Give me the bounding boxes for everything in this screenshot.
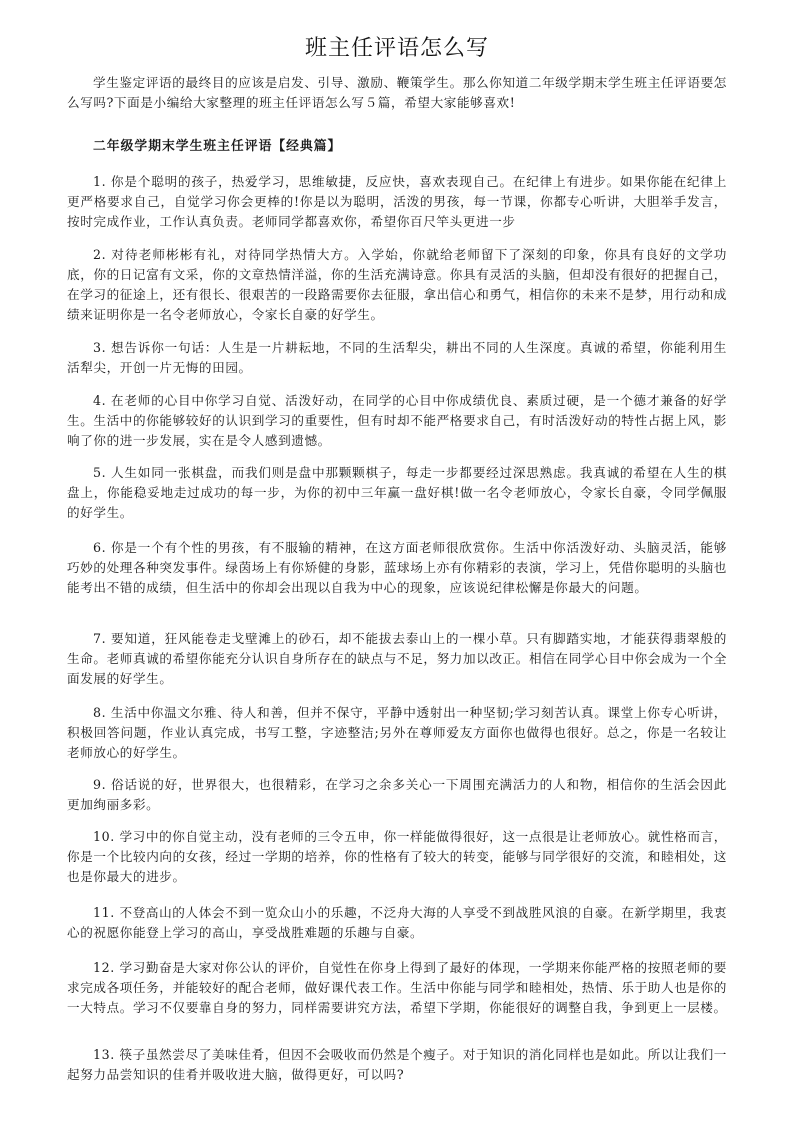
comment-item-3: 3. 想告诉你一句话：人生是一片耕耘地，不同的生活犁尖，耕出不同的人生深度。真诚… <box>67 338 727 378</box>
comment-item-5: 5. 人生如同一张棋盘，而我们则是盘中那颗颗棋子，每走一步都要经过深思熟虑。我真… <box>67 463 727 523</box>
comment-item-1: 1. 你是个聪明的孩子，热爱学习，思维敏捷，反应快，喜欢表现自己。在纪律上有进步… <box>67 172 727 232</box>
comment-item-8: 8. 生活中你温文尔雅、待人和善，但并不保守，平静中透射出一种坚韧;学习刻苦认真… <box>67 703 727 763</box>
comment-item-7: 7. 要知道，狂风能卷走戈壁滩上的砂石，却不能拔去泰山上的一棵小草。只有脚踏实地… <box>67 629 727 689</box>
intro-paragraph: 学生鉴定评语的最终目的应该是启发、引导、激励、鞭策学生。那么你知道二年级学期末学… <box>67 73 727 113</box>
comment-item-10: 10. 学习中的你自觉主动，没有老师的三令五申，你一样能做得很好，这一点很是让老… <box>67 827 727 887</box>
section-heading: 二年级学期末学生班主任评语【经典篇】 <box>93 135 341 154</box>
comment-item-2: 2. 对待老师彬彬有礼，对待同学热情大方。入学始，你就给老师留下了深刻的印象，你… <box>67 245 727 325</box>
comment-item-12: 12. 学习勤奋是大家对你公认的评价，自觉性在你身上得到了最好的体现，一学期来你… <box>67 958 727 1018</box>
page-title: 班主任评语怎么写 <box>67 31 727 62</box>
comment-item-4: 4. 在老师的心目中你学习自觉、活泼好动，在同学的心目中你成绩优良、素质过硬，是… <box>67 391 727 451</box>
comment-item-13: 13. 筷子虽然尝尽了美味佳肴，但因不会吸收而仍然是个瘦子。对于知识的消化同样也… <box>67 1045 727 1085</box>
comment-item-6: 6. 你是一个有个性的男孩，有不服输的精神，在这方面老师很欣赏你。生活中你活泼好… <box>67 538 727 598</box>
comment-item-9: 9. 俗话说的好，世界很大，也很精彩，在学习之余多关心一下周围充满活力的人和物，… <box>67 775 727 815</box>
comment-item-11: 11. 不登高山的人体会不到一览众山小的乐趣，不泛舟大海的人享受不到战胜风浪的自… <box>67 903 727 943</box>
